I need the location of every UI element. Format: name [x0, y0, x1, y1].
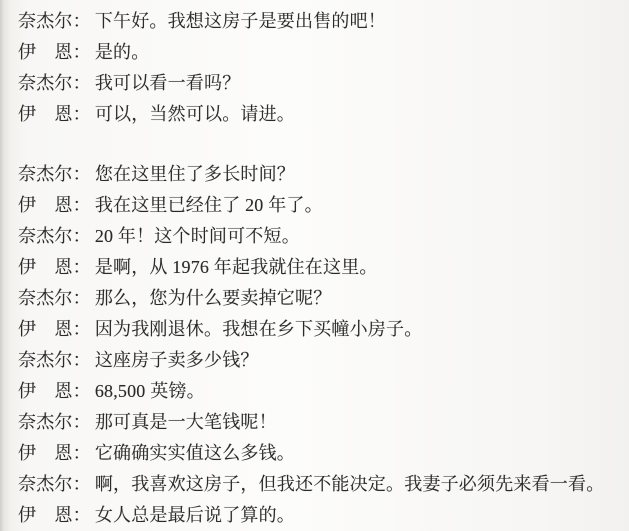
speaker-colon: ： — [73, 257, 91, 277]
dialogue-text: 啊，我喜欢这房子，但我还不能决定。我妻子必须先来看一看。 — [95, 474, 605, 494]
dialogue-line: 伊 恩：可以，当然可以。请进。 — [18, 99, 621, 130]
speaker-colon: ： — [73, 381, 91, 401]
dialogue-text: 女人总是最后说了算的。 — [95, 505, 295, 525]
speaker-colon: ： — [73, 319, 91, 339]
dialogue-line: 伊 恩：因为我刚退休。我想在乡下买幢小房子。 — [18, 314, 621, 345]
speaker-colon: ： — [73, 350, 91, 370]
speaker-name: 奈杰尔 — [18, 68, 73, 99]
speaker-colon: ： — [73, 104, 91, 124]
dialogue-text: 我可以看一看吗？ — [95, 73, 241, 93]
speaker-name: 奈杰尔 — [18, 407, 73, 438]
dialogue-line: 奈杰尔：啊，我喜欢这房子，但我还不能决定。我妻子必须先来看一看。 — [18, 469, 621, 500]
dialogue-line: 伊 恩：是的。 — [18, 37, 621, 68]
dialogue-line: 奈杰尔：下午好。我想这房子是要出售的吧！ — [18, 6, 621, 37]
dialogue-text: 是的。 — [95, 42, 150, 62]
dialogue-line: 奈杰尔：那可真是一大笔钱呢！ — [18, 407, 621, 438]
speaker-name: 伊 恩 — [18, 37, 73, 68]
dialogue-line: 伊 恩：我在这里已经住了 20 年了。 — [18, 190, 621, 221]
paragraph-spacer — [18, 130, 621, 159]
speaker-name: 奈杰尔 — [18, 283, 73, 314]
dialogue-text: 因为我刚退休。我想在乡下买幢小房子。 — [95, 319, 423, 339]
dialogue-text: 可以，当然可以。请进。 — [95, 104, 295, 124]
speaker-colon: ： — [73, 474, 91, 494]
dialogue-line: 奈杰尔：那么，您为什么要卖掉它呢？ — [18, 283, 621, 314]
dialogue-text: 您在这里住了多长时间？ — [95, 164, 295, 184]
speaker-name: 奈杰尔 — [18, 159, 73, 190]
speaker-colon: ： — [73, 288, 91, 308]
speaker-name: 伊 恩 — [18, 99, 73, 130]
speaker-name: 伊 恩 — [18, 252, 73, 283]
dialogue-line: 奈杰尔：我可以看一看吗？ — [18, 68, 621, 99]
dialogue-line: 伊 恩：68,500 英镑。 — [18, 376, 621, 407]
dialogue-text: 是啊，从 1976 年起我就住在这里。 — [95, 257, 378, 277]
dialogue-text: 那么，您为什么要卖掉它呢？ — [95, 288, 332, 308]
speaker-name: 伊 恩 — [18, 438, 73, 469]
speaker-colon: ： — [73, 195, 91, 215]
dialogue-line: 奈杰尔：您在这里住了多长时间？ — [18, 159, 621, 190]
dialogue-text: 我在这里已经住了 20 年了。 — [95, 195, 323, 215]
speaker-name: 伊 恩 — [18, 500, 73, 531]
dialogue-line: 伊 恩：是啊，从 1976 年起我就住在这里。 — [18, 252, 621, 283]
speaker-colon: ： — [73, 11, 91, 31]
dialogue-text: 20 年！这个时间可不短。 — [95, 226, 300, 246]
speaker-name: 伊 恩 — [18, 376, 73, 407]
speaker-colon: ： — [73, 164, 91, 184]
speaker-colon: ： — [73, 412, 91, 432]
speaker-colon: ： — [73, 42, 91, 62]
speaker-name: 伊 恩 — [18, 190, 73, 221]
dialogue-text: 68,500 英镑。 — [95, 381, 205, 401]
speaker-name: 奈杰尔 — [18, 345, 73, 376]
speaker-colon: ： — [73, 505, 91, 525]
dialogue-text: 这座房子卖多少钱？ — [95, 350, 259, 370]
speaker-colon: ： — [73, 73, 91, 93]
speaker-name: 奈杰尔 — [18, 221, 73, 252]
dialogue-line: 伊 恩：它确确实实值这么多钱。 — [18, 438, 621, 469]
dialogue-line: 伊 恩：女人总是最后说了算的。 — [18, 500, 621, 531]
speaker-name: 奈杰尔 — [18, 6, 73, 37]
dialogue-page: 奈杰尔：下午好。我想这房子是要出售的吧！ 伊 恩：是的。 奈杰尔：我可以看一看吗… — [0, 0, 629, 531]
speaker-name: 伊 恩 — [18, 314, 73, 345]
speaker-colon: ： — [73, 226, 91, 246]
dialogue-text: 那可真是一大笔钱呢！ — [95, 412, 277, 432]
dialogue-line: 奈杰尔：20 年！这个时间可不短。 — [18, 221, 621, 252]
dialogue-text: 它确确实实值这么多钱。 — [95, 443, 295, 463]
speaker-name: 奈杰尔 — [18, 469, 73, 500]
speaker-colon: ： — [73, 443, 91, 463]
dialogue-line: 奈杰尔：这座房子卖多少钱？ — [18, 345, 621, 376]
dialogue-text: 下午好。我想这房子是要出售的吧！ — [95, 11, 386, 31]
